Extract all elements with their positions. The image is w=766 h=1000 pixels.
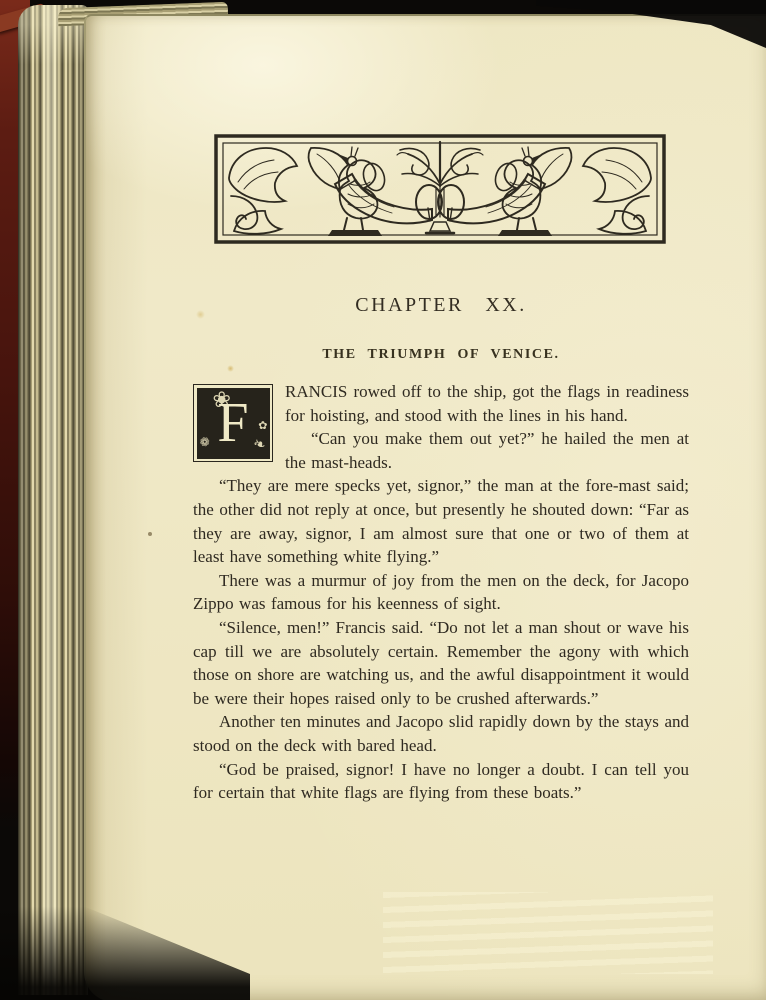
paper-press-marks bbox=[383, 892, 713, 974]
book-page: CHAPTER XX. THE TRIUMPH OF VENICE. ❀ ❧ ✿… bbox=[84, 14, 766, 1000]
drop-cap: ❀ ❧ ✿ ❁ F bbox=[193, 384, 273, 462]
foxing-spot bbox=[148, 532, 152, 536]
chapter-heading: CHAPTER XX. bbox=[193, 294, 689, 317]
drop-cap-letter: F bbox=[197, 388, 270, 459]
paragraph: There was a murmur of joy from the men o… bbox=[193, 569, 689, 616]
paragraph: “God be praised, signor! I have no longe… bbox=[193, 758, 689, 805]
body-text: ❀ ❧ ✿ ❁ F RANCIS rowed off to the ship, … bbox=[193, 380, 689, 805]
horns-and-acanthus-woodcut-icon bbox=[214, 134, 666, 244]
paragraph: “Silence, men!” Francis said. “Do not le… bbox=[193, 616, 689, 710]
chapter-title: THE TRIUMPH OF VENICE. bbox=[193, 347, 689, 363]
page-edges-stack bbox=[18, 5, 88, 995]
foxing-spot bbox=[227, 365, 234, 372]
paragraph: Another ten minutes and Jacopo slid rapi… bbox=[193, 710, 689, 757]
drop-cap-inner: ❀ ❧ ✿ ❁ F bbox=[197, 388, 270, 459]
header-ornament-illustration bbox=[214, 134, 666, 244]
paragraph: “They are mere specks yet, signor,” the … bbox=[193, 474, 689, 568]
